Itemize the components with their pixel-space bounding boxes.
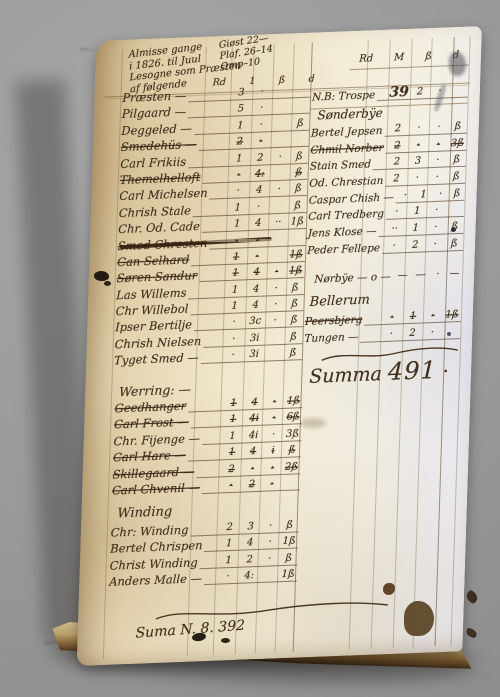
amount-denar: ß: [279, 551, 297, 566]
entry-name: Chr Willebol: [116, 301, 191, 318]
werring-entry-list: Geedhanger 1 4 · 1ß Carl Frost — 1 4i · …: [112, 393, 303, 499]
amount-rd: 1: [217, 553, 239, 568]
amount-mark: 2: [239, 553, 259, 568]
leader-line: [188, 457, 221, 462]
amount-rd: 2: [387, 122, 409, 137]
amount-rd: 2: [386, 155, 408, 170]
section-werring: Werring: —: [119, 381, 191, 399]
amount-rd: 1: [225, 250, 247, 265]
entry-name: Od. Chrestian: [309, 175, 385, 190]
amount-denar: [442, 338, 460, 340]
leader-line: [377, 97, 388, 101]
entry-name: Smedehüs —: [121, 137, 199, 154]
amount-skilling: ·: [260, 519, 280, 534]
amount-skilling: ·: [266, 265, 286, 280]
entry-name: N.B: Trospe: [312, 89, 377, 104]
entry-name: Pilgaard —: [122, 105, 189, 122]
bellerum-entry-list: Peersbjerg · 1 · 1ß Tungen — · 2 ·: [304, 307, 461, 346]
amount-rd: 1: [229, 119, 251, 134]
amount-skilling: ··: [268, 216, 288, 231]
amount-rd: 1: [222, 396, 244, 411]
leader-line: [204, 581, 217, 586]
entry-name: Stain Smed: [310, 159, 374, 173]
amount-skilling: ·: [429, 268, 447, 282]
amount-rd: ··: [384, 222, 406, 237]
entry-name: Themelhelloft: [120, 170, 203, 187]
entry-name: Carl Frikiis: [120, 154, 188, 171]
leader-line: [190, 424, 222, 429]
entry-name: Jens Klose —: [308, 225, 379, 240]
entry-name: Chr. Od. Cade: [118, 219, 202, 236]
entry-name: Anders Malle —: [109, 571, 204, 589]
amount-rd: ·: [223, 316, 245, 331]
section-winding: Winding: [117, 504, 172, 521]
amount-denar: ß: [286, 281, 304, 296]
amount-mark: 1: [403, 309, 423, 324]
leader-line: [188, 407, 223, 412]
leader-line: [373, 166, 386, 170]
amount-mark: ·: [251, 134, 271, 149]
entry-name: Carl Hare —: [113, 448, 188, 465]
amount-mark: 4: [246, 266, 266, 281]
amount-denar: ß: [280, 518, 298, 533]
amount-denar: ß: [445, 237, 463, 252]
amount-rd: ·: [396, 188, 415, 203]
amount-denar: [282, 489, 300, 491]
amount-mark: 4: [245, 299, 265, 314]
amount-rd: 2: [220, 462, 242, 477]
entry-name: Carl Chvenil —: [112, 480, 202, 497]
winding-entry-list: Chr: Winding 2 3 · ß Bertel Chrispen 1 4…: [109, 517, 299, 590]
amount-mark: ·: [242, 461, 262, 476]
leader-line: [202, 179, 227, 184]
leader-line: [204, 548, 218, 553]
norbye-row: Nørbÿe — o — — — · —: [314, 265, 462, 286]
entry-name: Chr. Fijenge —: [113, 431, 202, 448]
amount-skilling: ·: [428, 137, 448, 152]
ink-stain: [104, 281, 111, 286]
entry-name: Deggeled —: [121, 121, 194, 138]
entry-name: Bertel Jepsen: [311, 125, 385, 140]
amount-mark: ·: [252, 102, 272, 117]
amount-skilling: ·: [428, 154, 448, 169]
entry-name: Geedhanger: [114, 399, 188, 416]
amount-rd: 1: [224, 266, 246, 281]
ledger-page: Almisse gange i 1826. til Juul Lesogne s…: [77, 26, 482, 666]
leader-line: [200, 564, 218, 569]
amount-skilling: [259, 581, 279, 583]
amount-skilling: ·: [263, 428, 283, 443]
amount-denar: [292, 113, 310, 115]
amount-skilling: ·: [264, 395, 284, 410]
amount-skilling: ·: [262, 461, 282, 476]
amount-skilling: ·: [262, 477, 282, 492]
amount-mark: ·: [247, 233, 267, 248]
amount-rd: 1: [227, 201, 249, 216]
amount-rd: 1: [222, 413, 244, 428]
summa-label: Summa: [309, 363, 382, 388]
amount-mark: 3i: [244, 348, 264, 363]
amount-denar: 3ß: [448, 136, 466, 151]
amount-rd: 1: [221, 429, 243, 444]
amount-rd: ·: [386, 205, 408, 220]
amount-denar: 3ß: [283, 427, 301, 442]
amount-mark: ·: [252, 85, 272, 100]
ink-dot: [451, 227, 456, 232]
entry-name: Peersbjerg: [305, 314, 365, 328]
amount-denar: 1ß: [279, 568, 297, 583]
ink-smudge: [300, 418, 326, 428]
amount-denar: ß: [290, 166, 308, 181]
amount-skilling: ·: [422, 325, 442, 340]
amount-denar: [287, 244, 305, 246]
amount-rd: 2: [385, 172, 407, 187]
amount-rd: ·: [222, 332, 244, 347]
amount-skilling: ·: [429, 120, 449, 135]
amount-denar: ß: [449, 120, 467, 135]
amount-denar: 1ß: [287, 248, 305, 263]
amount-denar: 1ß: [288, 215, 306, 230]
amount-rd: 1: [218, 537, 240, 552]
currency-head: ß: [425, 51, 432, 62]
leader-line: [198, 146, 228, 151]
amount-rd: ·: [227, 184, 249, 199]
amount-mark: —: [412, 268, 430, 282]
amount-rd: —: [393, 269, 412, 283]
entry-name: Peder Fellepe: [307, 242, 382, 257]
amount-mark: ·: [409, 121, 429, 136]
amount-denar: ß: [284, 330, 302, 345]
leader-line: [202, 489, 220, 494]
amount-mark: 4: [244, 396, 264, 411]
amount-skilling: ·: [423, 309, 443, 324]
left-entry-list: Præsten — 3 · Pilgaard — 5 · Deggeled — …: [114, 83, 311, 369]
amount-skilling: [264, 360, 284, 362]
amount-skilling: ·: [265, 314, 285, 329]
amount-mark: 2: [405, 238, 425, 253]
amount-skilling: ·: [269, 183, 289, 198]
leader-line: [209, 245, 225, 250]
entry-name: Chr: Winding: [111, 523, 191, 540]
summa-value: 491: [388, 356, 438, 386]
entry-name: Tungen —: [304, 331, 360, 345]
sonderbye-entry-list: Bertel Jepsen 2 · · ß Chmil Norber 2 · ·…: [307, 119, 467, 259]
amount-skilling: ·: [264, 411, 284, 426]
amount-mark: 1: [407, 205, 427, 220]
right-grand-total: Summa 491 ·: [309, 355, 449, 388]
section-bellerum: Bellerum: [309, 292, 370, 309]
amount-mark: ·: [408, 138, 428, 153]
amount-mark: 1: [415, 188, 433, 203]
amount-rd: ·: [222, 349, 244, 364]
ink-dot: [447, 332, 451, 336]
amount-rd: ·: [225, 234, 247, 249]
amount-denar: 1ß: [284, 394, 302, 409]
amount-denar: 1ß: [443, 308, 461, 323]
entry-name: Carl Frost —: [114, 415, 191, 432]
amount-rd: 2: [229, 135, 251, 150]
amount-denar: [450, 97, 468, 99]
amount-mark: ·: [251, 118, 271, 133]
amount-skilling: ·: [427, 204, 447, 219]
ink-smudge: [449, 52, 466, 76]
leader-line: [364, 321, 381, 326]
amount-rd: 1: [226, 217, 248, 232]
page-tear-mark: [465, 627, 478, 638]
leader-line: [194, 130, 230, 135]
amount-denar: ß: [285, 314, 303, 329]
amount-rd: 1: [224, 283, 246, 298]
entry-name: Caspar Chish —: [309, 191, 396, 206]
entry-name: Christ Winding: [110, 555, 200, 572]
page-tear-mark: [464, 589, 480, 604]
ink-stain: [404, 601, 434, 636]
amount-denar: —: [446, 267, 462, 281]
amount-denar: ß: [291, 116, 309, 131]
amount-rd: 1: [221, 446, 243, 461]
amount-denar: 1ß: [286, 264, 304, 279]
amount-rd: 3: [230, 86, 252, 101]
leader-line: [191, 261, 225, 266]
ledger-photo: Almisse gange i 1826. til Juul Lesogne s…: [0, 0, 500, 697]
amount-skilling: ·: [427, 170, 447, 185]
amount-denar: ß: [289, 182, 307, 197]
amount-skilling: i: [263, 444, 283, 459]
amount-denar: 1ß: [280, 535, 298, 550]
entry-name: Carl Tredberg: [308, 208, 386, 223]
entry-name: Skillegaard —: [112, 464, 196, 481]
amount-skilling: ·: [260, 536, 280, 551]
amount-mark: 3i: [244, 331, 264, 346]
amount-rd: ·: [380, 327, 402, 342]
amount-mark: 2: [242, 478, 262, 493]
amount-rd: ·: [383, 239, 405, 254]
leader-line: [188, 294, 224, 299]
ink-stain: [94, 271, 109, 281]
entry-name: Chmil Norber: [310, 141, 386, 156]
amount-denar: ß: [290, 149, 308, 164]
amount-denar: 2ß: [282, 460, 300, 475]
amount-mark: 4i: [243, 428, 263, 443]
leader-line: [202, 228, 226, 233]
amount-rd: 1: [228, 152, 250, 167]
amount-mark: 2: [410, 85, 430, 100]
amount-mark: 3c: [245, 315, 265, 330]
entry-name: Las Willems: [116, 285, 189, 302]
amount-skilling: ·: [426, 221, 446, 236]
section-sonderbye: Sønderbÿe: [317, 106, 383, 123]
currency-head: M: [394, 52, 405, 63]
amount-mark: 4:: [239, 569, 259, 584]
leader-line: [194, 327, 223, 332]
amount-rd: 2: [218, 521, 240, 536]
leader-line: [202, 440, 222, 445]
amount-mark: 4: [249, 184, 269, 199]
amount-mark: 4: [243, 445, 263, 460]
amount-denar: [292, 97, 310, 99]
amount-rd: ·: [381, 310, 403, 325]
amount-denar: ß: [447, 170, 465, 185]
amount-denar: ß: [283, 443, 301, 458]
amount-denar: ß: [448, 153, 466, 168]
amount-denar: ß: [449, 187, 465, 202]
leader-line: [193, 212, 227, 217]
amount-rd: 5: [230, 102, 252, 117]
amount-mark: 4i: [244, 412, 264, 427]
amount-mark: ·: [249, 200, 269, 215]
ink-stain: [221, 638, 230, 643]
amount-denar: ß: [288, 199, 306, 214]
amount-rd: ·: [228, 168, 250, 183]
leader-line: [190, 531, 218, 536]
amount-skilling: ·: [266, 281, 286, 296]
amount-mark: 4: [246, 282, 266, 297]
entry-name: Ipser Bertilje: [115, 318, 194, 335]
amount-rd: 1: [223, 299, 245, 314]
header-note-block: Giøst 22— Plaf. 26–14 Omp–10: [218, 32, 274, 72]
entry-name: Carl Michelsen: [119, 186, 210, 203]
amount-denar: ß: [284, 346, 302, 361]
amount-skilling: ·: [270, 150, 290, 165]
amount-rd: 2: [386, 139, 408, 154]
leader-line: [201, 359, 222, 364]
leader-line: [203, 343, 222, 348]
amount-skilling: ·: [432, 187, 450, 202]
currency-head: Rd: [359, 53, 373, 65]
leader-line: [190, 310, 223, 315]
amount-mark: ·: [247, 249, 267, 264]
entry-name: Can Selhard: [117, 252, 192, 269]
leader-line: [209, 195, 227, 200]
leader-line: [360, 338, 380, 343]
amount-mark: 4:: [250, 167, 270, 182]
summa-tail: ·: [442, 361, 449, 383]
entry-name: Tyget Smed —: [114, 350, 201, 367]
amount-rd: ·: [220, 478, 242, 493]
amount-mark: 4: [240, 536, 260, 551]
amount-mark: 2: [402, 326, 422, 341]
amount-mark: 3: [240, 520, 260, 535]
amount-mark: 2: [250, 151, 270, 166]
amount-denar: [446, 216, 464, 218]
amount-denar: [291, 146, 309, 148]
amount-skilling: ·: [265, 298, 285, 313]
leader-line: [199, 277, 225, 282]
entry-name: Søren Sandur: [117, 268, 200, 285]
entry-name: Chrish Stale: [119, 203, 194, 220]
amount-mark: 1: [406, 221, 426, 236]
entry-name: Chrish Nielsen: [114, 334, 203, 351]
amount-mark: ·: [407, 171, 427, 186]
amount-skilling: ·: [259, 552, 279, 567]
amount-rd: ·: [217, 570, 239, 585]
entry-name: Præsten —: [122, 88, 188, 105]
right-currency-heads: Rd M ß d: [359, 50, 459, 65]
amount-mark: 3: [408, 155, 428, 170]
leader-line: [196, 473, 220, 478]
amount-mark: 4: [248, 216, 268, 231]
amount-rd: 39: [388, 86, 410, 101]
amount-denar: ß: [285, 297, 303, 312]
amount-skilling: ·: [425, 237, 445, 252]
